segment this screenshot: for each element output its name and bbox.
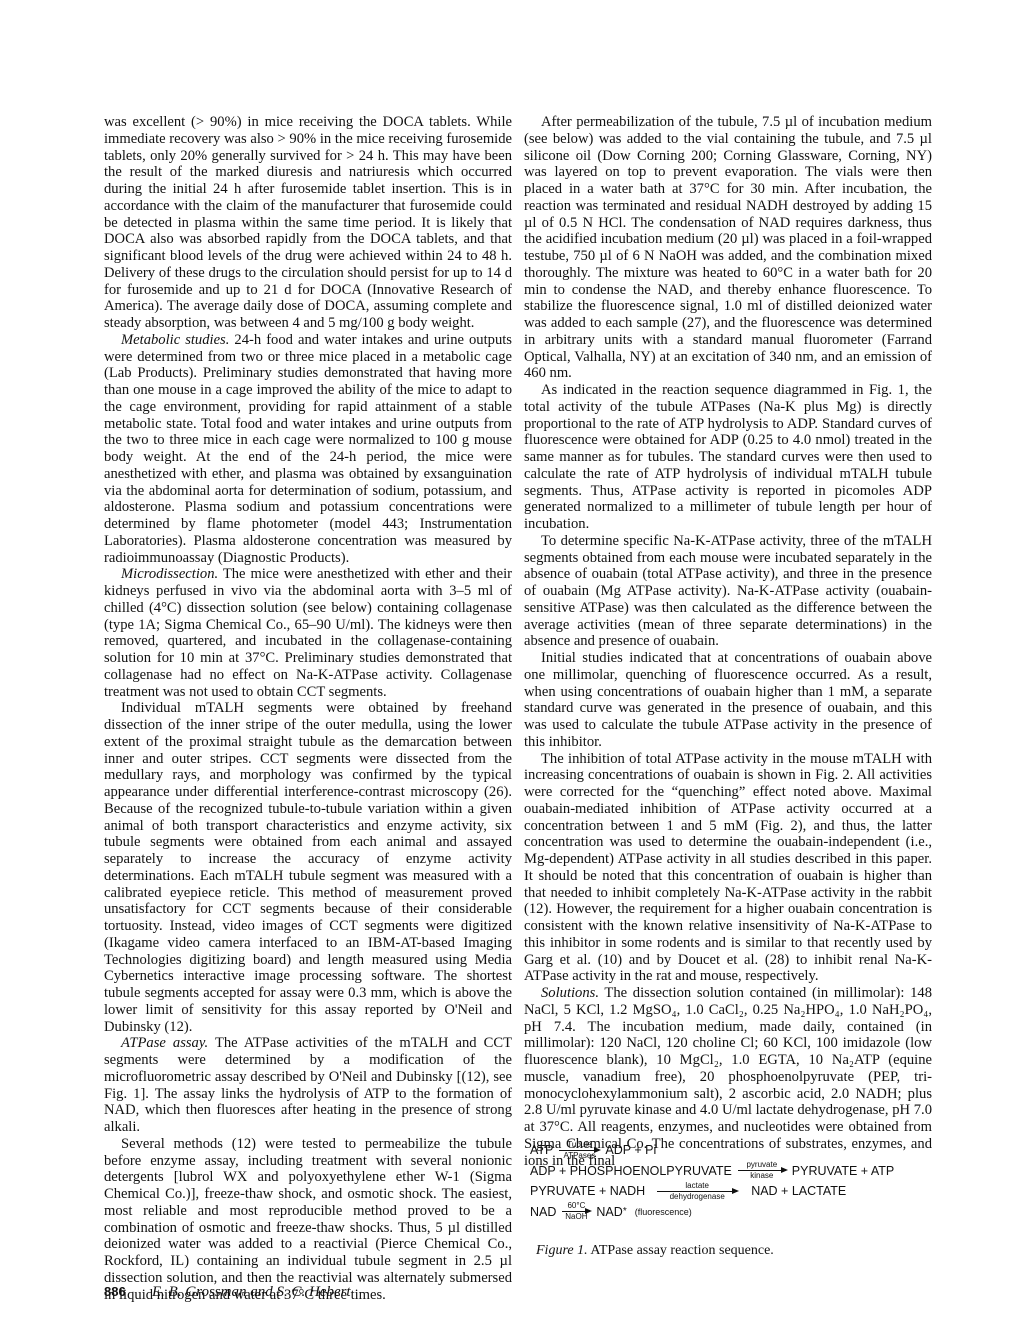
enzyme-label: dehydrogenase — [670, 1193, 725, 1201]
left-column: was excellent (> 90%) in mice receiving … — [104, 114, 512, 1303]
page-number: 886 — [104, 1284, 152, 1299]
paragraph-metabolic-studies: Metabolic studies. 24-h food and water i… — [104, 332, 512, 567]
enzyme-label: lactate — [685, 1182, 709, 1190]
paragraph-text: The inhibition of total ATPase activity … — [524, 751, 932, 985]
reactants: NAD — [530, 1205, 556, 1219]
excited-state-asterisk: * — [623, 1206, 627, 1217]
paragraph: After permeabilization of the tubule, 7.… — [524, 114, 932, 382]
figure-caption: Figure 1. ATPase assay reaction sequence… — [536, 1243, 774, 1259]
condition-label: 60°C — [567, 1202, 585, 1210]
reactants: PYRUVATE + NADH — [530, 1184, 645, 1198]
paragraph-microdissection: Microdissection. The mice were anestheti… — [104, 566, 512, 700]
page-footer: 886 E. B. Grossman and S. C. Hebert — [104, 1284, 351, 1301]
paragraph-text: As indicated in the reaction sequence di… — [524, 382, 932, 532]
reaction-arrow-icon: lactate dehydrogenase — [657, 1182, 737, 1201]
paragraph: Initial studies indicated that at concen… — [524, 650, 932, 751]
paragraph-atpase-assay: ATPase assay. The ATPase activities of t… — [104, 1035, 512, 1136]
products: ADP + Pi — [605, 1143, 656, 1157]
paragraph-text: Individual mTALH segments were obtained … — [104, 700, 512, 1034]
figure-label: Figure 1. — [536, 1243, 588, 1258]
products: NAD — [596, 1205, 622, 1219]
reaction-arrow-icon: 60°C NaOH — [562, 1202, 590, 1221]
figure-1-reaction-sequence: ATP Tubule ATPases ADP + Pi ADP + PHOSPH… — [530, 1140, 930, 1222]
paragraph: was excellent (> 90%) in mice receiving … — [104, 114, 512, 332]
paragraph-text: To determine specific Na-K-ATPase activi… — [524, 533, 932, 650]
reaction-row: PYRUVATE + NADH lactate dehydrogenase NA… — [530, 1181, 930, 1202]
paragraph-text: Initial studies indicated that at concen… — [524, 650, 932, 750]
section-runin-heading: Microdissection. — [121, 566, 218, 582]
enzyme-label: Tubule — [567, 1141, 591, 1149]
section-runin-heading: Solutions. — [541, 985, 599, 1001]
reaction-row: ATP Tubule ATPases ADP + Pi — [530, 1140, 930, 1161]
paragraph: The inhibition of total ATPase activity … — [524, 751, 932, 986]
reactants: ADP + PHOSPHOENOLPYRUVATE — [530, 1164, 732, 1178]
reactants: ATP — [530, 1143, 553, 1157]
running-authors: E. B. Grossman and S. C. Hebert — [152, 1284, 351, 1301]
enzyme-label: pyruvate — [746, 1161, 777, 1169]
paragraph: To determine specific Na-K-ATPase activi… — [524, 533, 932, 650]
caption-text: ATPase assay reaction sequence. — [588, 1243, 774, 1258]
paragraph: Several methods (12) were tested to perm… — [104, 1136, 512, 1304]
right-column: After permeabilization of the tubule, 7.… — [524, 114, 932, 1169]
reaction-row: ADP + PHOSPHOENOLPYRUVATE pyruvate kinas… — [530, 1161, 930, 1182]
paragraph: As indicated in the reaction sequence di… — [524, 382, 932, 533]
paragraph-text: After permeabilization of the tubule, 7.… — [524, 114, 932, 381]
paragraph-text: was excellent (> 90%) in mice receiving … — [104, 114, 512, 331]
paragraph: Individual mTALH segments were obtained … — [104, 700, 512, 1035]
condition-label: NaOH — [565, 1213, 587, 1221]
products: NAD + LACTATE — [751, 1184, 846, 1198]
section-runin-heading: ATPase assay. — [121, 1035, 208, 1051]
paragraph-text: The mice were anesthetized with ether an… — [104, 566, 512, 699]
fluorescence-note: (fluorescence) — [635, 1207, 692, 1217]
reaction-arrow-icon: pyruvate kinase — [738, 1161, 786, 1180]
products: PYRUVATE + ATP — [792, 1164, 894, 1178]
enzyme-label: kinase — [750, 1172, 773, 1180]
section-runin-heading: Metabolic studies. — [121, 332, 229, 348]
reaction-arrow-icon: Tubule ATPases — [559, 1141, 599, 1160]
document-page: was excellent (> 90%) in mice receiving … — [0, 0, 1020, 1320]
paragraph-text: Several methods (12) were tested to perm… — [104, 1136, 512, 1303]
reaction-row: NAD 60°C NaOH NAD* (fluorescence) — [530, 1202, 930, 1223]
enzyme-label: ATPases — [563, 1152, 595, 1160]
paragraph-text: 24-h food and water intakes and urine ou… — [104, 332, 512, 566]
